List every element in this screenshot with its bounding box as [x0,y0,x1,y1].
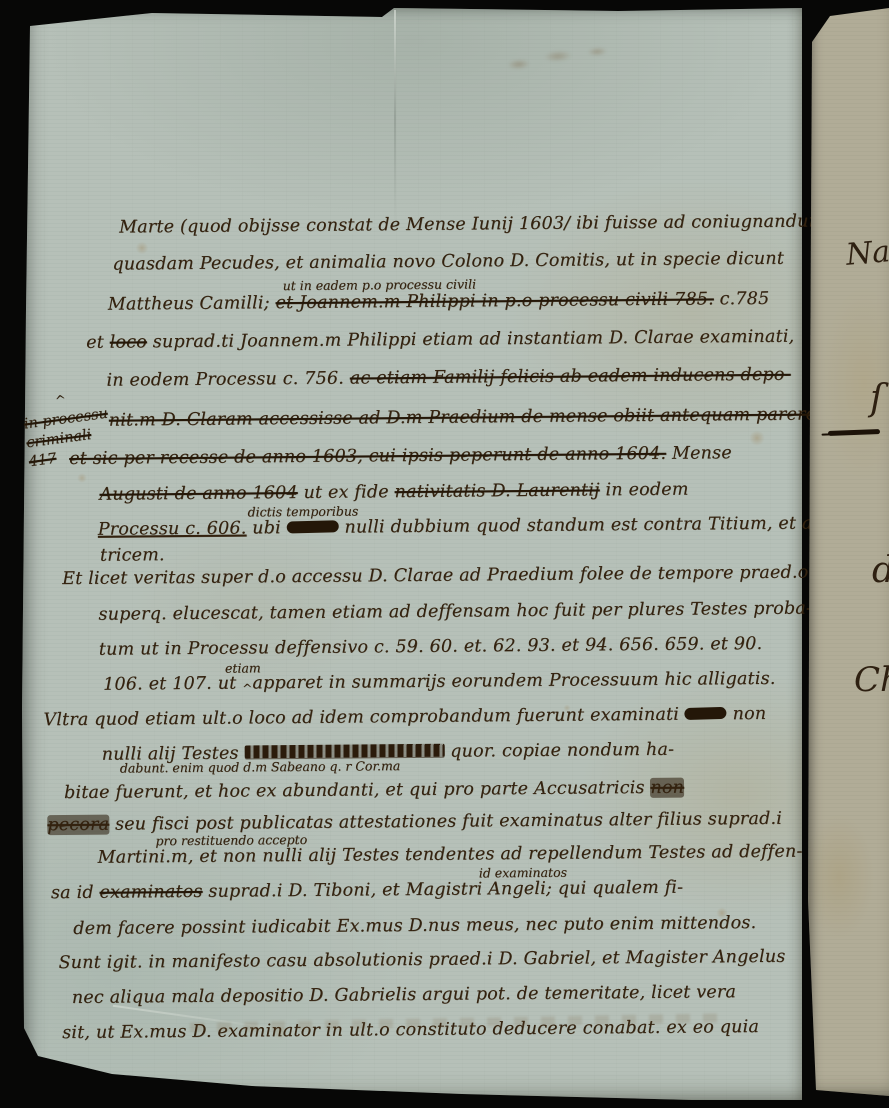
interlinear-insertion: dabunt. enim quod d.m Sabeano q. r Cor.m… [120,758,401,775]
line-text: suprad.i D. Tiboni, et Magistri Angeli; … [203,878,684,902]
line-text: et [86,333,110,353]
line-text: 106. et 107. ut [103,673,242,694]
margin-note-line: 417 [28,451,58,470]
line-text: tricem. [100,545,165,566]
line-text: sa id [51,883,100,903]
manuscript-line: etiam 106. et 107. ut ^apparet in summar… [103,669,776,697]
manuscript-line: Vltra quod etiam ult.o loco ad idem comp… [43,704,766,730]
next-page-fragment-na: Na [845,234,889,273]
line-text: Marte (quod obijsse constat de Mense Iun… [119,211,825,237]
line-text: tum ut in Processu deffensivo c. 59. 60.… [99,634,763,660]
interlinear-insertion: id examinatos [479,865,567,881]
ink-blot [287,520,339,533]
manuscript-text-block: ^ in processu criminali 417 Marte (quod … [17,5,806,1104]
manuscript-line: Augusti de anno 1604 ut ex fide nativita… [99,480,688,505]
manuscript-line: nec aliqua mala depositio D. Gabrielis a… [72,982,736,1008]
line-text: Mattheus Camilli; [108,293,276,314]
manuscript-line: nit.m D. Claram accessisse ad D.m Praedi… [109,404,830,430]
line-text: ut ex fide [298,482,395,503]
struck-text: nativitatis D. Laurentij [394,480,599,502]
line-text: in eodem Processu c. 756. [106,369,349,391]
caret-mark: ^ [242,681,252,695]
line-text: nec aliqua mala depositio D. Gabrielis a… [72,982,736,1008]
line-text: quor. copiae nondum ha- [444,740,674,762]
line-text: apparet in summarijs eorundem Processuum… [252,669,775,694]
line-text: nulli dubbium quod standum est contra Ti… [339,513,870,538]
struck-text: ac etiam Familij felicis ab eadem induce… [350,365,791,389]
manuscript-line: dabunt. enim quod d.m Sabeano q. r Cor.m… [102,740,675,765]
interlinear-insertion: dictis temporibus [248,503,359,519]
line-text: quasdam Pecudes, et animalia novo Colono… [112,249,784,275]
manuscript-line: dem facere possint iudicabit Ex.mus D.nu… [73,913,756,939]
manuscript-line: superq. elucescat, tamen etiam ad deffen… [98,599,812,625]
interlinear-insertion: ut in eadem p.o processu civili [283,276,477,293]
manuscript-line: quasdam Pecudes, et animalia novo Colono… [112,249,784,275]
ink-blot [685,707,727,720]
line-text: c.785 [714,289,770,309]
line-text: non [727,704,767,724]
next-page-fragment-d: d [872,550,889,591]
line-text: in eodem [600,480,689,501]
struck-text: et sic per recesse de anno 1603, cui ips… [69,444,666,469]
interlinear-insertion: etiam [225,660,261,675]
manuscript-line: et loco suprad.ti Joannem.m Philippi eti… [86,327,794,353]
blotted-text: non [650,778,684,798]
manuscript-line: in eodem Processu c. 756. ac etiam Famil… [106,365,790,391]
line-text: dem facere possint iudicabit Ex.mus D.nu… [73,913,756,939]
line-text: bitae fuerunt, et hoc ex abundanti, et q… [64,778,651,803]
manuscript-line: pro restituendo accepto Martini.m, et no… [98,842,803,868]
manuscript-line: Et licet veritas super d.o accessu D. Cl… [62,562,853,589]
manuscript-line: pecora seu fisci post publicatas attesta… [47,809,782,835]
line-text: ubi [246,518,286,538]
manuscript-line: bitae fuerunt, et hoc ex abundanti, et q… [64,778,684,803]
manuscript-line: Sunt igit. in manifesto casu absolutioni… [58,947,785,973]
struck-text: nit.m D. Claram accessisse ad D.m Praedi… [109,404,830,430]
line-text: Mense [666,443,732,464]
struck-text: examinatos [99,882,202,903]
manuscript-line: id examinatos sa id examinatos suprad.i … [51,878,683,904]
line-text: suprad.ti Joannem.m Philippi etiam ad in… [147,327,795,353]
next-page-fragment-letter: ſ [870,378,883,419]
margin-note-line: in processu [23,406,109,433]
manuscript-line: et sic per recesse de anno 1603, cui ips… [69,443,732,469]
struck-text: et Joannem.m Philippi in p.o processu ci… [275,289,713,313]
line-text: seu fisci post publicatas attestationes … [109,809,782,835]
manuscript-line: tum ut in Processu deffensivo c. 59. 60.… [99,634,763,660]
interlinear-insertion: pro restituendo accepto [155,832,307,848]
manuscript-line: dictis temporibus Processu c. 606. ubi n… [98,513,870,540]
line-text: Vltra quod etiam ult.o loco ad idem comp… [43,705,685,731]
line-text: superq. elucescat, tamen etiam ad deffen… [98,599,812,625]
blotted-text: pecora [47,815,109,836]
ink-dash-mark [828,429,880,436]
manuscript-line: tricem. [100,545,165,566]
line-text: Et licet veritas super d.o accessu D. Cl… [62,562,853,589]
struck-text: loco [110,332,147,352]
next-page-edge: Na ſ d Ch [806,0,889,1096]
manuscript-line: Marte (quod obijsse constat de Mense Iun… [119,211,825,237]
underlined-text: Processu c. 606. [98,518,247,539]
line-text: Sunt igit. in manifesto casu absolutioni… [58,947,785,973]
struck-text: Augusti de anno 1604 [99,483,297,505]
next-page-fragment-ch: Ch [854,660,889,700]
manuscript-line: ut in eadem p.o processu civili Mattheus… [108,289,770,315]
struck-scribble [244,744,444,759]
